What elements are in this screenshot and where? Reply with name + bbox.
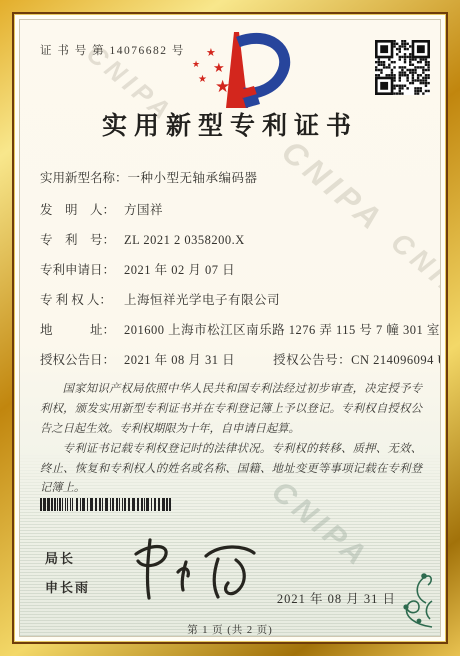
director-name: 申长雨 [45,577,90,596]
star-icon: ★ [213,61,225,74]
page-number: 第 1 页 (共 2 页) [20,622,440,637]
field-value: 方国祥 [124,203,163,217]
field-row-inventor: 发 明 人：方国祥 [40,200,424,218]
qr-code [375,40,430,95]
field-row-patentee: 专 利 权 人：上海恒祥光学电子有限公司 [40,290,424,308]
field-label: 专利申请日： [40,260,124,278]
inner-frame: CNIPA CNIPA CNIPA CNIPA 证 书 号 第 14076682… [12,12,448,644]
notice-paragraph-1: 国家知识产权局依照中华人民共和国专利法经过初步审查，决定授予专利权，颁发实用新型… [40,380,422,440]
director-title: 局长 [45,548,90,567]
field-value: 一种小型无轴承编码器 [128,171,258,185]
star-icon: ★ [206,48,216,59]
logo-p-mark [170,28,296,112]
barcode-bars [40,498,176,511]
field-value: 2021 年 02 月 07 日 [124,263,235,277]
field-row-filing-date: 专利申请日：2021 年 02 月 07 日 [40,260,424,278]
certificate-title: 实用新型专利证书 [20,106,440,142]
certificate-number: 证 书 号 第 14076682 号 [40,42,185,58]
cnipa-logo-icon: ★ ★ ★ ★ ★ [170,28,296,112]
field-label: 授权公告号： [273,353,351,367]
corner-ornament-icon [386,561,434,634]
director-signature [120,532,270,611]
issue-date: 2021 年 08 月 31 日 [277,589,396,607]
field-label: 发 明 人： [40,200,124,218]
certificate-page: CNIPA CNIPA CNIPA CNIPA 证 书 号 第 14076682… [19,19,441,637]
gold-frame: CNIPA CNIPA CNIPA CNIPA 证 书 号 第 14076682… [0,0,460,656]
field-row-address: 地 址：201600 上海市松江区南乐路 1276 弄 115 号 7 幢 30… [40,320,424,338]
field-label: 专 利 号： [40,230,124,248]
legal-notice: 国家知识产权局依照中华人民共和国专利法经过初步审查，决定授予专利权，颁发实用新型… [40,380,422,499]
field-label: 实用新型名称： [40,168,128,186]
star-icon: ★ [192,60,200,69]
field-value: CN 214096094 U [351,353,441,367]
field-value: 2021 年 08 月 31 日 [124,353,235,367]
field-value: 201600 上海市松江区南乐路 1276 弄 115 号 7 幢 301 室 [124,323,440,337]
barcode [40,498,176,516]
field-label: 授权公告日： [40,350,124,368]
field-row-grant: 授权公告日：2021 年 08 月 31 日授权公告号：CN 214096094… [40,350,424,368]
field-row-invention-name: 实用新型名称：一种小型无轴承编码器 [40,168,424,186]
star-icon: ★ [198,75,207,85]
field-value: 上海恒祥光学电子有限公司 [124,293,280,307]
qr-code-pattern [375,40,430,95]
field-label: 地 址： [40,320,124,338]
notice-paragraph-2: 专利证书记载专利权登记时的法律状况。专利权的转移、质押、无效、终止、恢复和专利权… [40,440,422,500]
cnipa-watermark: CNIPA [274,133,391,240]
director-block: 局长 申长雨 [45,548,90,606]
star-icon: ★ [215,78,230,95]
field-label: 专 利 权 人： [40,290,124,308]
field-row-patent-number: 专 利 号：ZL 2021 2 0358200.X [40,230,424,248]
field-value: ZL 2021 2 0358200.X [124,233,245,247]
